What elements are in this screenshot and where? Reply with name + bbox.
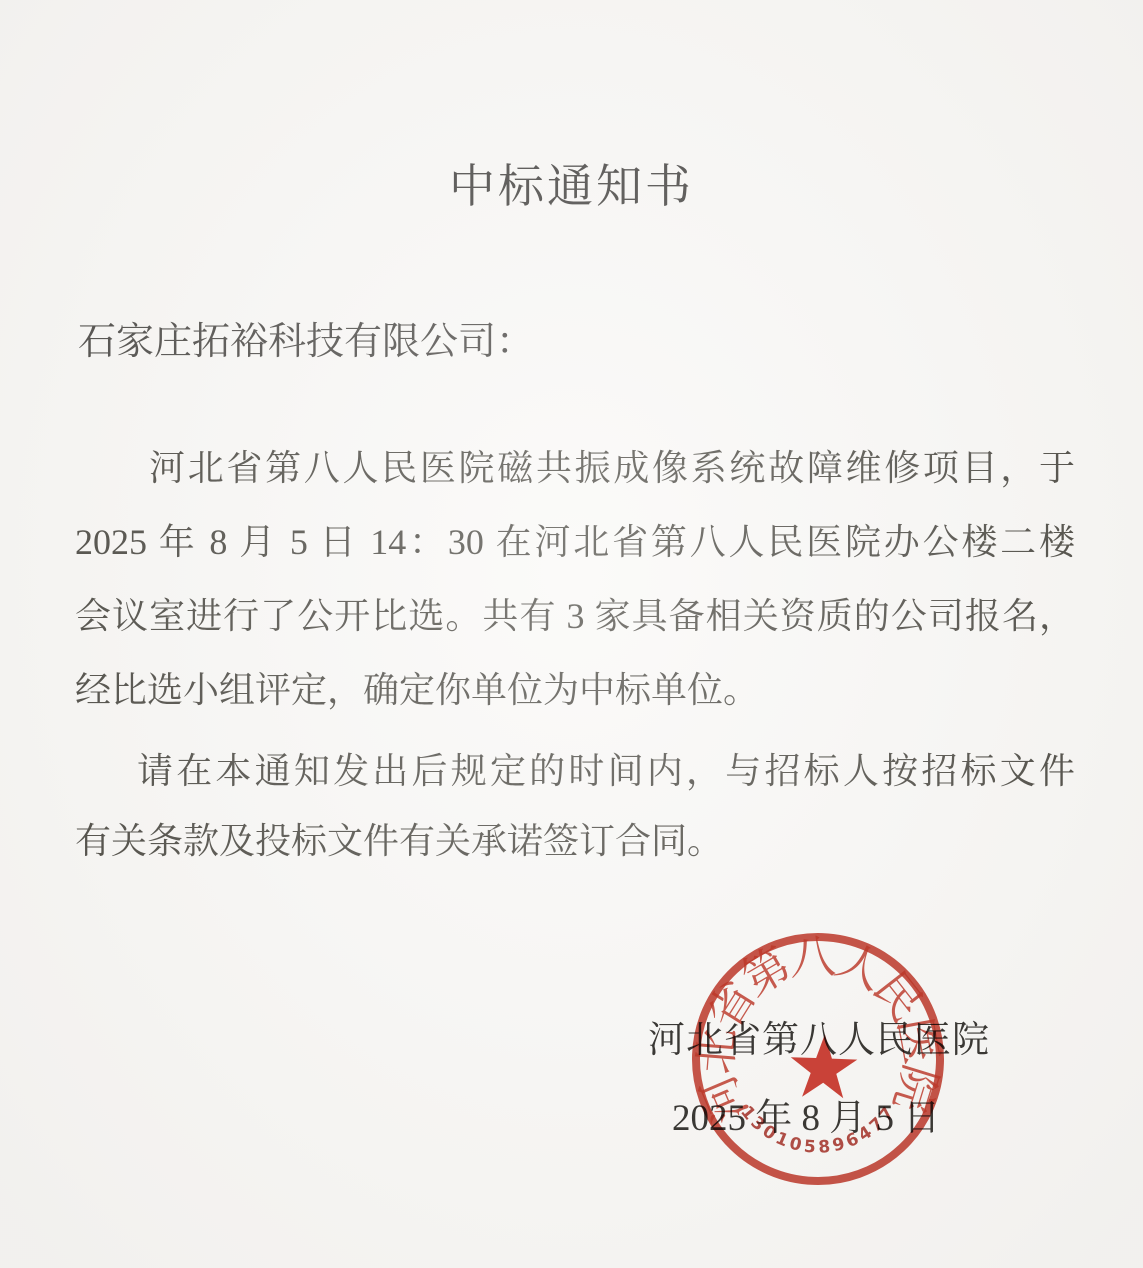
body-paragraph2-line2: 有关条款及投标文件有关承诺签订合同。 xyxy=(75,818,1075,864)
notice-page: 中标通知书 石家庄拓裕科技有限公司： 河北省第八人民医院磁共振成像系统故障维修项… xyxy=(0,0,1143,1268)
body-paragraph1-line1: 河北省第八人民医院磁共振成像系统故障维修项目，于 xyxy=(75,445,1075,491)
signature-organization: 河北省第八人民医院 xyxy=(648,1018,990,1064)
body-paragraph1-line4: 经比选小组评定，确定你单位为中标单位。 xyxy=(75,667,1075,713)
page-title: 中标通知书 xyxy=(0,150,1143,216)
addressee-line: 石家庄拓裕科技有限公司： xyxy=(78,318,534,366)
body-paragraph1-line3: 会议室进行了公开比选。共有 3 家具备相关资质的公司报名， xyxy=(75,593,1075,639)
body-paragraph2-line1: 请在本通知发出后规定的时间内，与招标人按招标文件 xyxy=(75,748,1075,794)
body-paragraph1-line2: 2025 年 8 月 5 日 14：30 在河北省第八人民医院办公楼二楼 xyxy=(75,519,1075,565)
signature-date: 2025 年 8 月 5 日 xyxy=(672,1096,940,1142)
